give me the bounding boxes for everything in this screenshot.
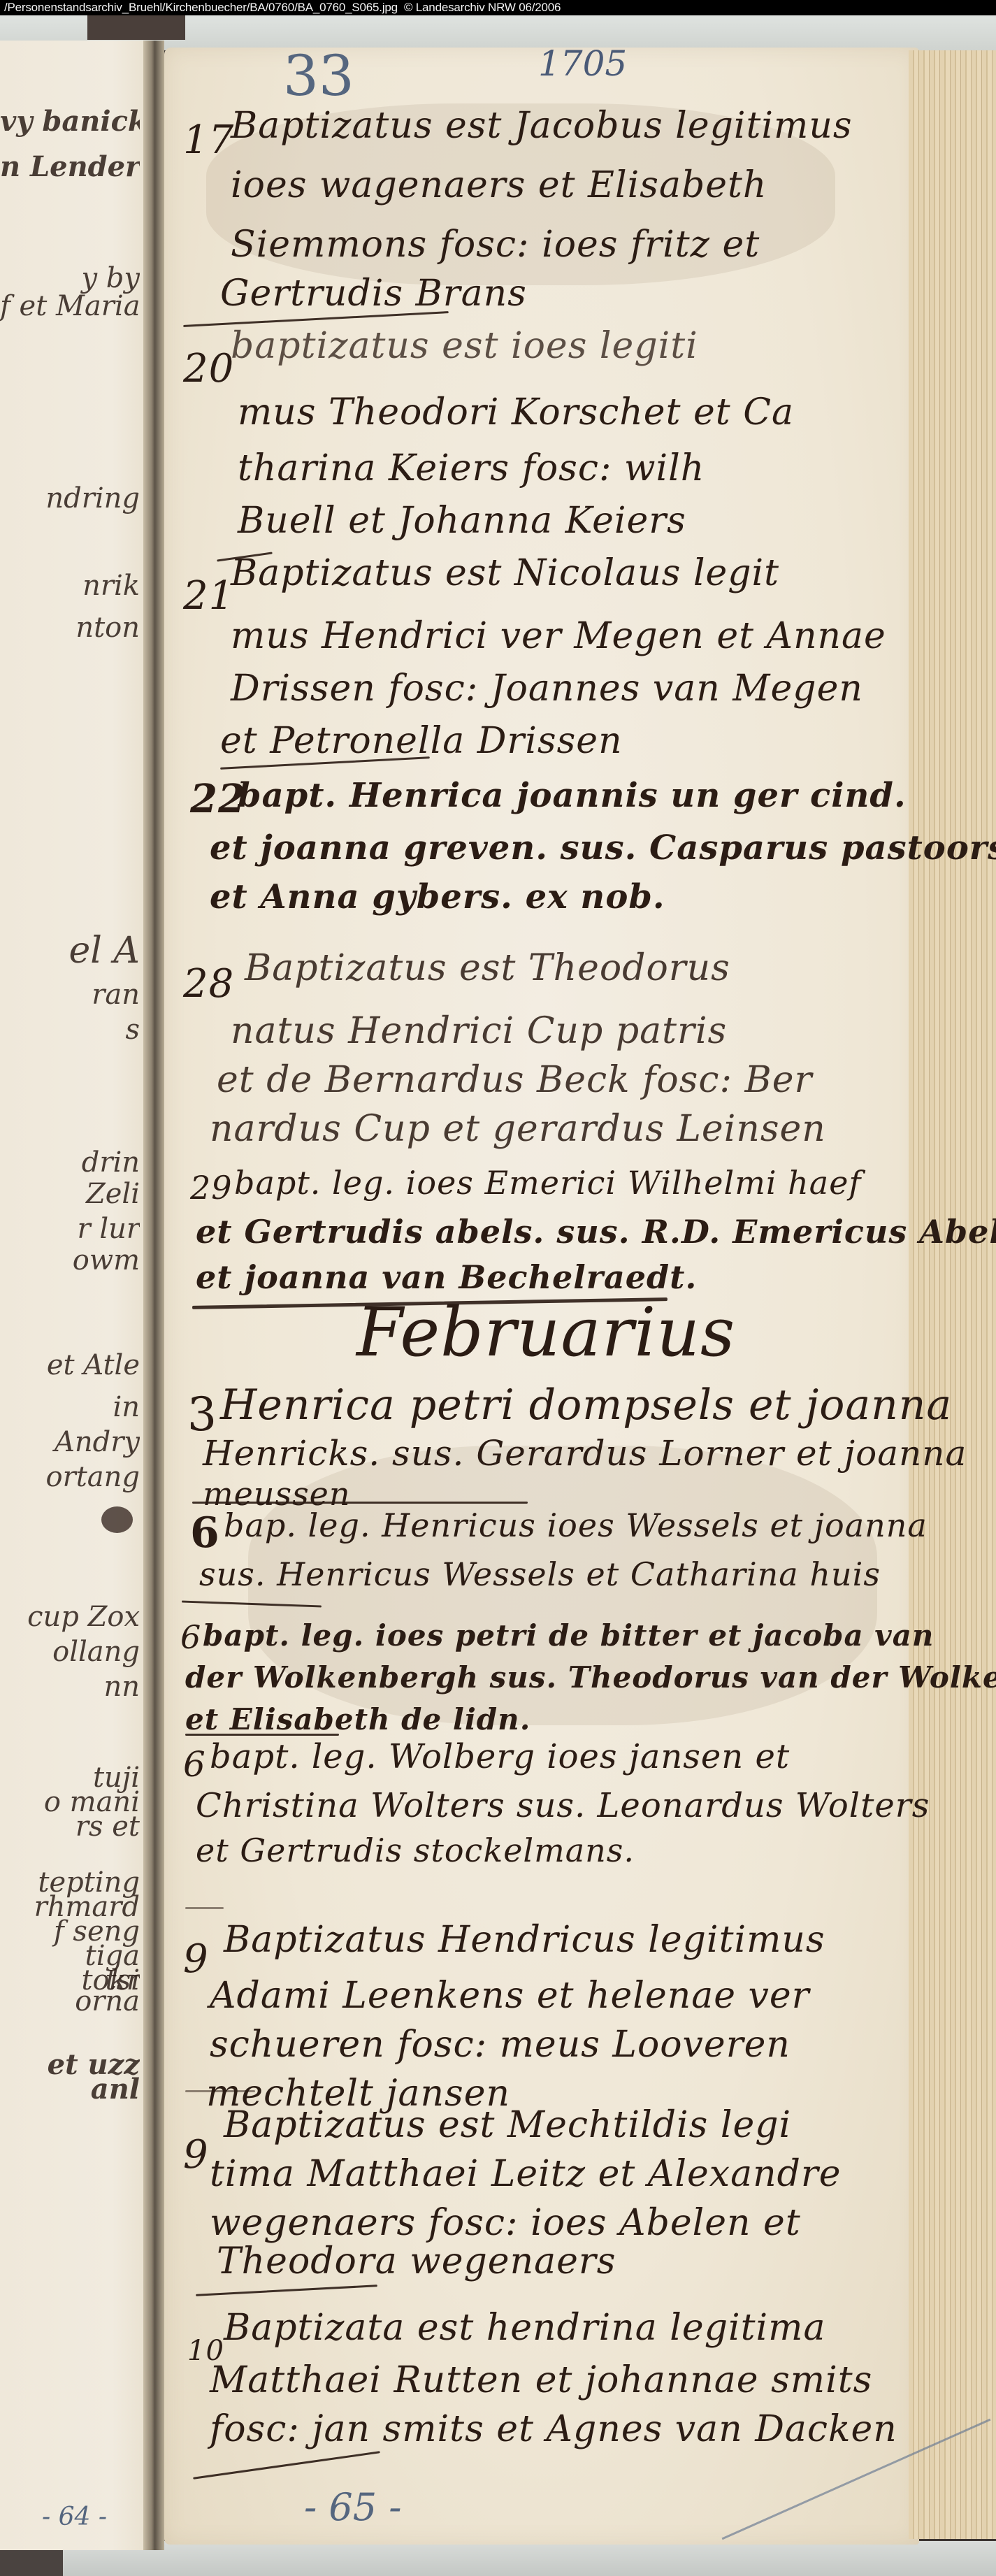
book-gutter [143,41,164,2550]
entry-day: 9 [183,1936,209,1982]
entry-line: schueren fosc: meus Looveren [210,2024,791,2066]
entry-line: Baptizata est hendrina legitima [224,2307,825,2349]
entry-day: 20 [183,346,234,391]
copyright-notice: © Landesarchiv NRW 06/2006 [404,1,561,14]
entry-line: fosc: jan smits et Agnes van Dacken [210,2408,897,2450]
left-fragment: ran [0,979,140,1011]
entry-day: 6 [190,1509,220,1557]
book-cover-edge [87,15,185,40]
entry-line: Henrica petri dompsels et joanna [220,1381,952,1430]
entry-line: Adami Leenkens et helenae ver [210,1975,810,2017]
entry-line: mus Theodori Korschet et Ca [238,391,794,433]
entry-line: Baptizatus est Theodorus [245,947,730,989]
entry-line: Buell et Johanna Keiers [238,500,686,542]
left-fragment: cup Zox [0,1601,140,1633]
entry-day: 9 [183,2132,209,2178]
entry-day: 6 [183,1744,206,1785]
left-fragment: rs et [0,1811,140,1843]
entry-line: bapt. leg. ioes petri de bitter et jacob… [203,1618,934,1653]
left-fragment: et Atle [0,1349,140,1381]
entry-day: 28 [183,961,234,1007]
entry-line: tima Matthaei Leitz et Alexandre [210,2153,841,2195]
entry-line: et Petronella Drissen [220,720,623,762]
entry-line: Theodora wegenaers [217,2240,616,2282]
left-fragment: Andry [0,1426,140,1458]
left-fragment: nrik [0,570,140,602]
entry-line: et Gertrudis stockelmans. [196,1832,635,1869]
left-fragment: el A [0,930,140,972]
left-fragment: nn [0,1671,140,1703]
left-fragment: drin [0,1146,140,1179]
entry-line: bapt. leg. Wolberg ioes jansen et [210,1737,790,1776]
page-edges-stack [909,50,996,2539]
entry-line: natus Hendrici Cup patris [231,1010,727,1052]
previous-page-strip [0,41,161,2550]
left-fragment: owm [0,1244,140,1276]
entry-line: mus Hendrici ver Megen et Annae [231,615,886,657]
month-heading: Februarius [356,1293,735,1372]
entry-line: Matthaei Rutten et johannae smits [210,2359,872,2401]
entry-separator [185,1907,224,1909]
entry-day: 21 [183,573,234,619]
page-number: - 65 - [304,2485,402,2529]
entry-line: Baptizatus Hendricus legitimus [224,1919,825,1961]
left-fragment: r lur [0,1213,140,1245]
folio-number: 33 [283,43,354,108]
left-fragment: Zeli [0,1178,140,1210]
entry-day: 17 [183,117,234,163]
left-fragment: f et Maria [0,290,140,322]
entry-line: nardus Cup et gerardus Leinsen [210,1108,826,1150]
entry-line: wegenaers fosc: ioes Abelen et [210,2202,801,2244]
entry-day: 6 [180,1618,201,1656]
entry-line: et joanna greven. sus. Casparus pastoors [210,828,996,868]
entry-line: ioes wagenaers et Elisabeth [231,164,767,206]
entry-separator [185,1734,339,1736]
entry-line: sus. Henricus Wessels et Catharina huis [199,1555,881,1593]
entry-line: et Gertrudis abels. sus. R.D. Emericus A… [196,1213,996,1251]
previous-page-number: - 64 - [42,2503,107,2531]
entry-line: bapt. leg. ioes Emerici Wilhelmi haef [234,1164,861,1202]
left-fragment: n Lenders. [0,150,140,183]
file-path-header: /Personenstandsarchiv_Bruehl/Kirchenbuec… [0,0,996,15]
entry-line: et Anna gybers. ex nob. [210,877,665,916]
entry-line: Baptizatus est Mechtildis legi [224,2104,791,2146]
year-annotation: 1705 [538,43,627,84]
entry-line: bap. leg. Henricus ioes Wessels et joann… [224,1506,928,1544]
entry-line: Henricks. sus. Gerardus Lorner et joanna [203,1433,967,1474]
left-fragment: s [0,1014,140,1046]
entry-line: der Wolkenbergh sus. Theodorus van der W… [185,1660,996,1694]
entry-separator [192,1502,528,1504]
entry-line: et joanna van Bechelraedt. [196,1258,697,1296]
left-fragment: nton [0,612,140,644]
left-fragment: ortang [0,1461,140,1493]
left-fragment: ndring [0,482,140,515]
entry-line: Gertrudis Brans [220,273,527,315]
entry-line: Christina Wolters sus. Leonardus Wolters [196,1786,930,1825]
left-fragment: vy banick. [0,105,140,138]
file-path: /Personenstandsarchiv_Bruehl/Kirchenbuec… [4,1,398,14]
entry-line: Siemmons fosc: ioes fritz et [231,224,760,266]
left-fragment: orna [0,1985,140,2017]
entry-day: 29 [190,1169,233,1207]
entry-line: Baptizatus est Jacobus legitimus [231,105,853,147]
left-fragment: in [0,1391,140,1423]
entry-line: baptizatus est ioes legiti [231,325,698,367]
ink-blot [101,1506,133,1533]
left-fragment: ollang [0,1636,140,1668]
entry-separator [185,2090,255,2092]
entry-line: bapt. Henrica joannis un ger cind. [238,776,907,815]
entry-line: et Elisabeth de lidn. [185,1702,531,1736]
entry-line: Drissen fosc: Joannes van Megen [231,668,863,710]
left-fragment: anl [0,2073,140,2106]
entry-line: tharina Keiers fosc: wilh [238,447,705,489]
entry-line: et de Bernardus Beck fosc: Ber [217,1059,812,1101]
entry-line: Baptizatus est Nicolaus legit [231,552,779,594]
